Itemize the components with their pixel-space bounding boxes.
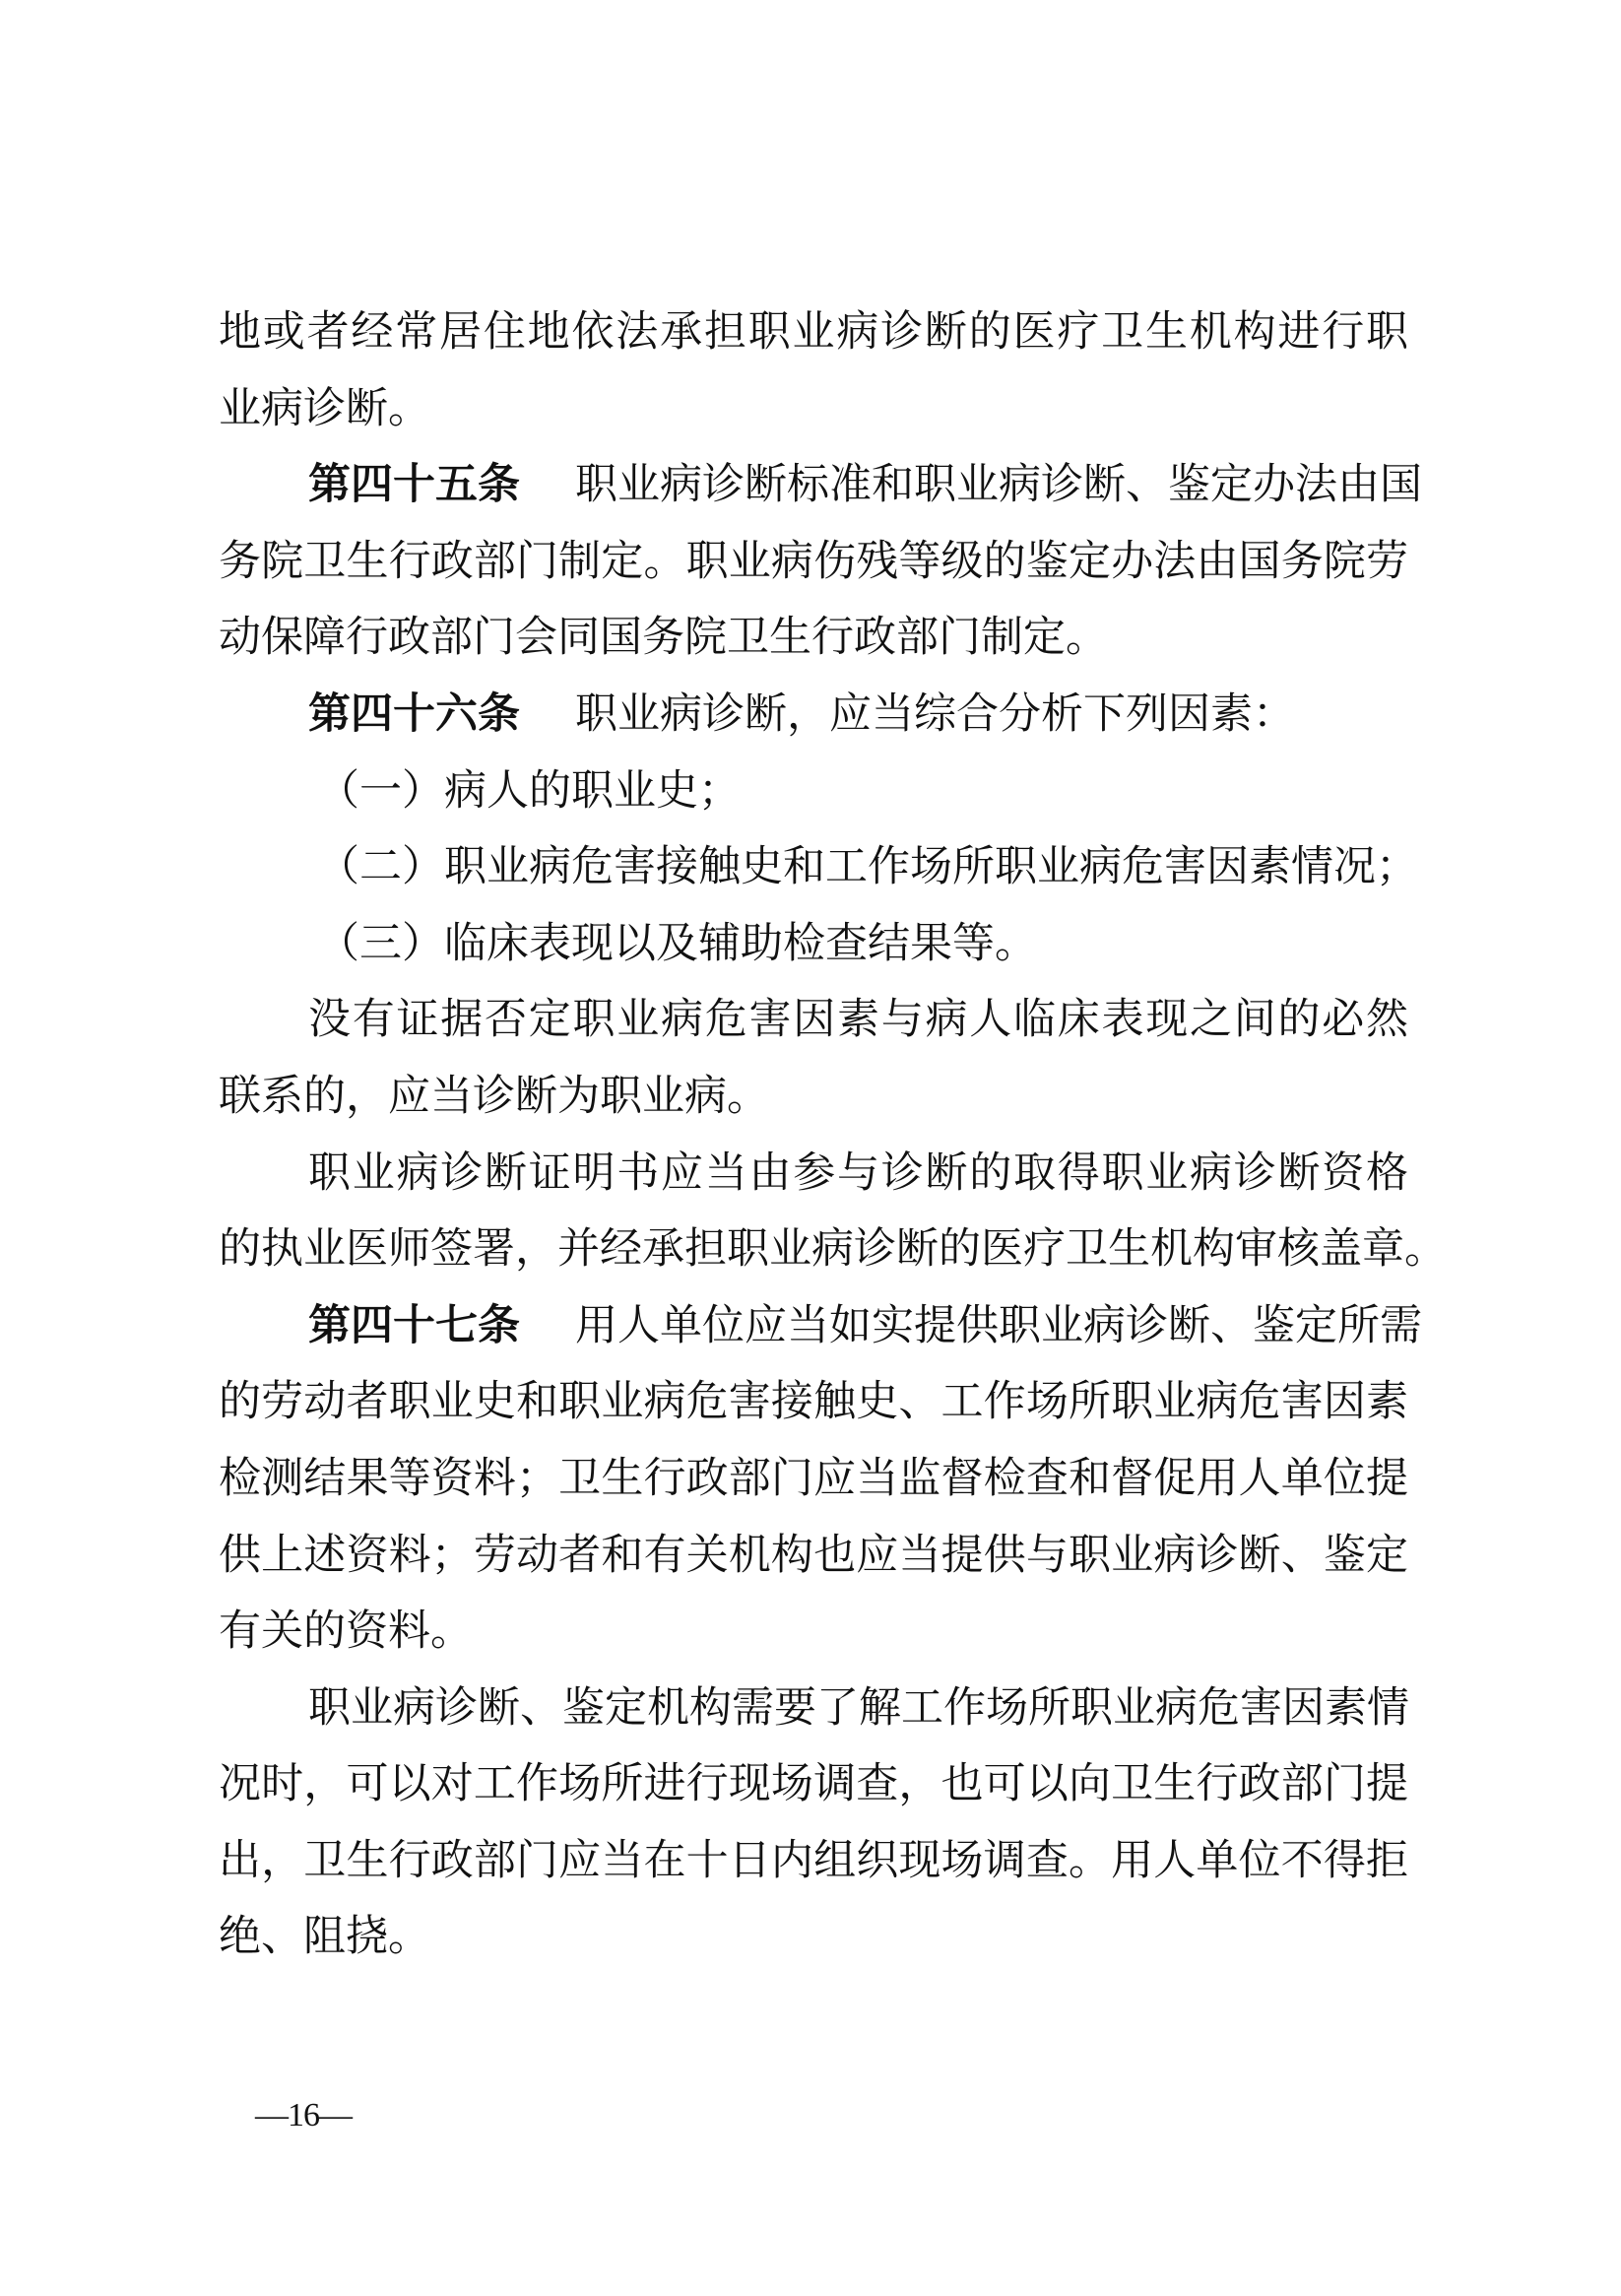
list-item: （一）病人的职业史； xyxy=(219,754,1408,830)
body-line: 况时，可以对工作场所进行现场调查，也可以向卫生行政部门提 xyxy=(219,1746,1408,1823)
body-line: 的劳动者职业史和职业病危害接触史、工作场所职业病危害因素 xyxy=(219,1364,1408,1441)
body-line: 业病诊断。 xyxy=(219,371,1408,448)
article-46-line: 第四十六条职业病诊断，应当综合分析下列因素： xyxy=(219,677,1408,754)
document-body: 地或者经常居住地依法承担职业病诊断的医疗卫生机构进行职 业病诊断。 第四十五条职… xyxy=(219,295,1408,1976)
body-line: 务院卫生行政部门制定。职业病伤残等级的鉴定办法由国务院劳 xyxy=(219,524,1408,601)
body-line: 地或者经常居住地依法承担职业病诊断的医疗卫生机构进行职 xyxy=(219,295,1408,371)
article-47-line: 第四十七条用人单位应当如实提供职业病诊断、鉴定所需 xyxy=(219,1288,1408,1365)
body-text: 职业病诊断标准和职业病诊断、鉴定办法由国 xyxy=(575,460,1422,509)
body-line: 动保障行政部门会同国务院卫生行政部门制定。 xyxy=(219,600,1408,677)
body-line: 有关的资料。 xyxy=(219,1594,1408,1671)
body-line: 职业病诊断证明书应当由参与诊断的取得职业病诊断资格 xyxy=(219,1136,1408,1213)
body-text: 用人单位应当如实提供职业病诊断、鉴定所需 xyxy=(575,1301,1422,1350)
body-line: 检测结果等资料；卫生行政部门应当监督检查和督促用人单位提 xyxy=(219,1441,1408,1518)
body-line: 出，卫生行政部门应当在十日内组织现场调查。用人单位不得拒 xyxy=(219,1823,1408,1900)
body-line: 的执业医师签署，并经承担职业病诊断的医疗卫生机构审核盖章。 xyxy=(219,1212,1440,1288)
list-item: （二）职业病危害接触史和工作场所职业病危害因素情况； xyxy=(219,829,1408,906)
article-heading: 第四十七条 xyxy=(308,1301,520,1350)
body-line: 职业病诊断、鉴定机构需要了解工作场所职业病危害因素情 xyxy=(219,1671,1408,1747)
list-item: （三）临床表现以及辅助检查结果等。 xyxy=(219,906,1408,983)
body-line: 联系的，应当诊断为职业病。 xyxy=(219,1059,1408,1136)
body-line: 没有证据否定职业病危害因素与病人临床表现之间的必然 xyxy=(219,982,1408,1059)
document-page: 地或者经常居住地依法承担职业病诊断的医疗卫生机构进行职 业病诊断。 第四十五条职… xyxy=(0,0,1621,2296)
body-line: 绝、阻挠。 xyxy=(219,1899,1408,1976)
article-heading: 第四十五条 xyxy=(308,460,520,509)
page-number: —16— xyxy=(255,2096,352,2135)
article-45-line: 第四十五条职业病诊断标准和职业病诊断、鉴定办法由国 xyxy=(219,447,1408,524)
body-line: 供上述资料；劳动者和有关机构也应当提供与职业病诊断、鉴定 xyxy=(219,1518,1408,1595)
article-heading: 第四十六条 xyxy=(308,689,520,739)
body-text: 职业病诊断，应当综合分析下列因素： xyxy=(575,689,1295,739)
